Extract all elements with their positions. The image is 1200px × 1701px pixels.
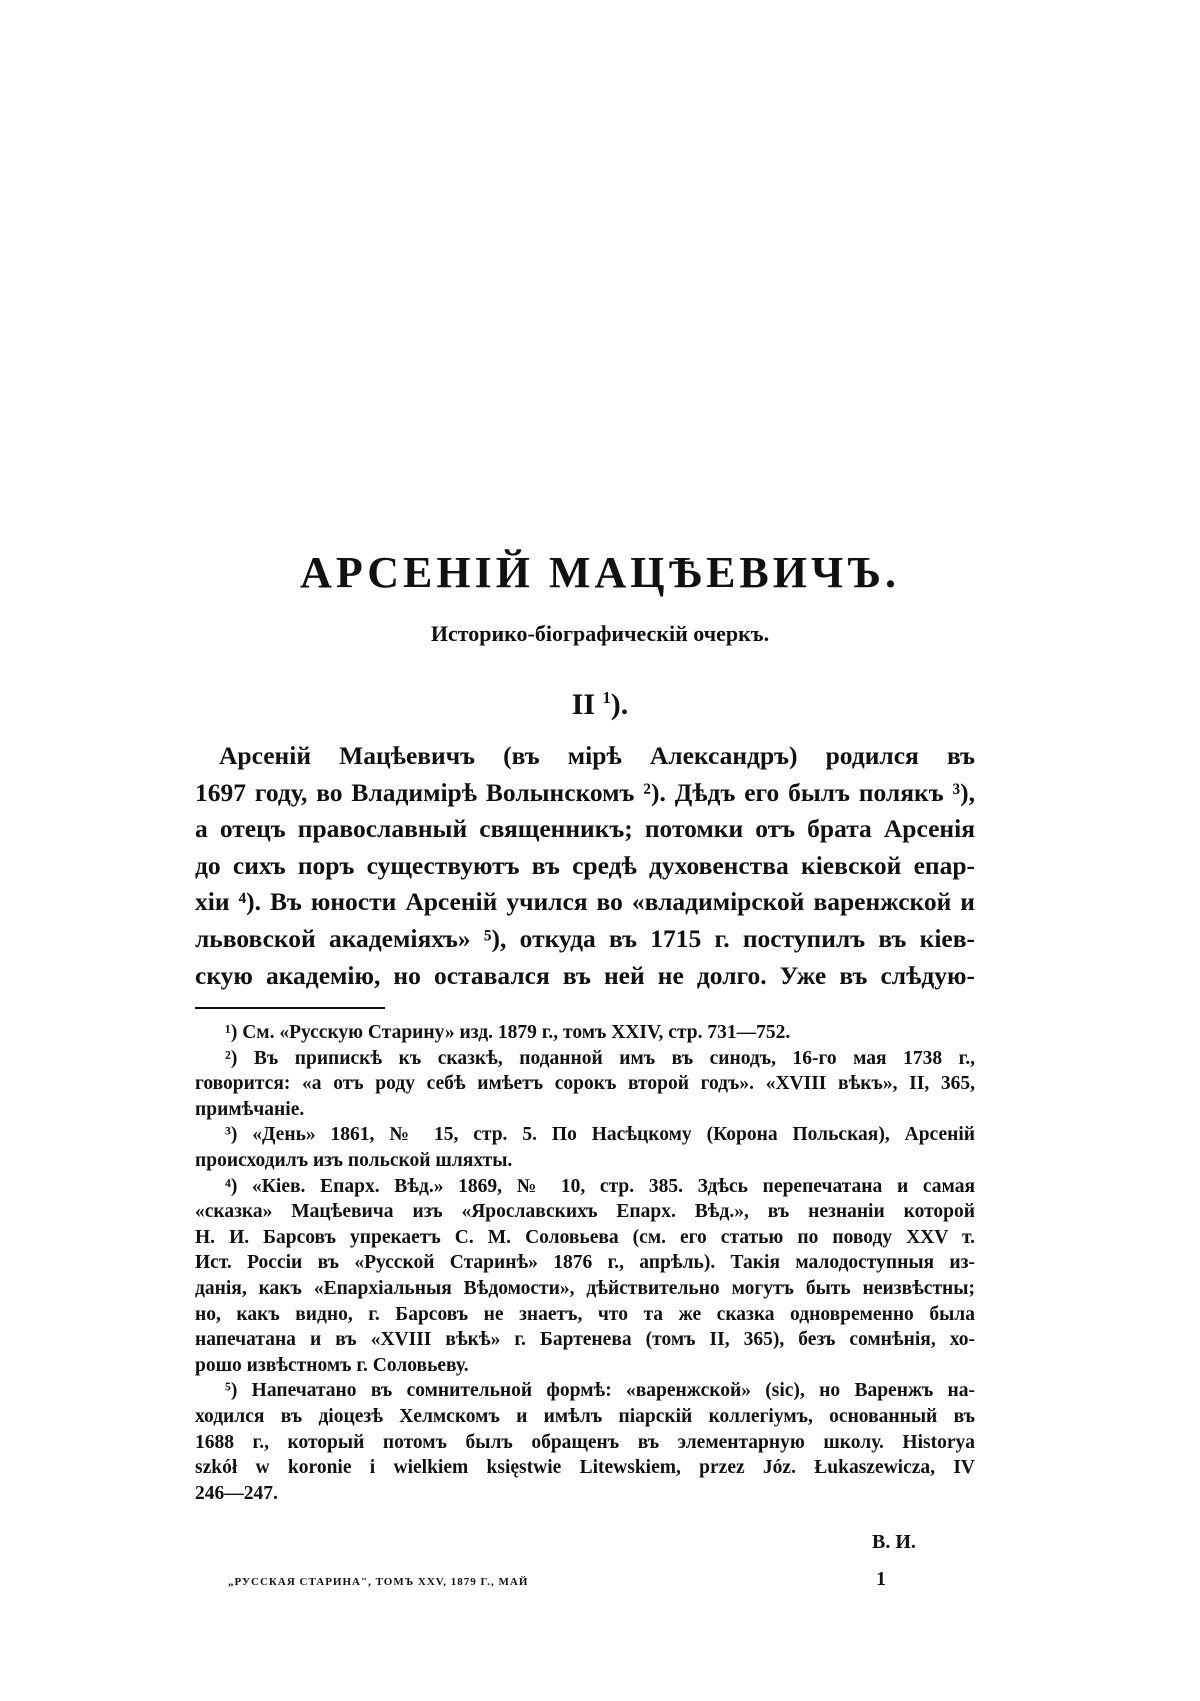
article-subtitle: Историко-біографическій очеркъ. bbox=[0, 620, 1200, 648]
part-heading: II 1). bbox=[0, 680, 1200, 723]
body-line: львовской академіяхъ» ⁵), откуда въ 1715… bbox=[195, 921, 975, 958]
footnote-line: ходился въ діоцезѣ Хелмскомъ и имѣлъ піа… bbox=[195, 1404, 975, 1430]
footnote-line: примѣчаніе. bbox=[195, 1097, 975, 1123]
footnote-line: szkół w koronie i wielkiem księstwie Lit… bbox=[195, 1455, 975, 1481]
part-number: II bbox=[572, 688, 595, 721]
footnote-1: ¹) См. «Русскую Старину» изд. 1879 г., т… bbox=[195, 1020, 975, 1046]
footnote-3: ³) «День» 1861, № 15, стр. 5. По Насѣцко… bbox=[195, 1122, 975, 1173]
footnote-ref-1[interactable]: 1 bbox=[603, 688, 611, 707]
running-footer: „РУССКАЯ СТАРИНА", ТОМЪ XXV, 1879 Г., МА… bbox=[228, 1576, 528, 1588]
footnote-line: ⁵) Напечатано въ сомнительной формѣ: «ва… bbox=[195, 1378, 975, 1404]
body-line: а отецъ православный священникъ; потомки… bbox=[195, 811, 975, 848]
footnote-line: рошо извѣстномъ г. Соловьеву. bbox=[195, 1353, 975, 1379]
page-number: 1 bbox=[876, 1568, 886, 1591]
footnote-line: «сказка» Мацѣевича изъ «Ярославскихъ Епа… bbox=[195, 1199, 975, 1225]
footnote-line: Ист. Россіи въ «Русской Старинѣ» 1876 г.… bbox=[195, 1250, 975, 1276]
footnote-line: ³) «День» 1861, № 15, стр. 5. По Насѣцко… bbox=[195, 1122, 975, 1148]
footnote-line: говорится: «а отъ роду себѣ имѣетъ сорок… bbox=[195, 1071, 975, 1097]
footnote-line: Н. И. Барсовъ упрекаетъ С. М. Соловьева … bbox=[195, 1225, 975, 1251]
footnote-line: но, какъ видно, г. Барсовъ не знаетъ, чт… bbox=[195, 1302, 975, 1328]
footnote-line: ⁴) «Кіев. Епарх. Вѣд.» 1869, № 10, стр. … bbox=[195, 1174, 975, 1200]
body-paragraph: Арсеній Мацѣевичъ (въ мірѣ Александръ) р… bbox=[195, 738, 975, 994]
footnote-5: ⁵) Напечатано въ сомнительной формѣ: «ва… bbox=[195, 1378, 975, 1506]
footnote-4: ⁴) «Кіев. Епарх. Вѣд.» 1869, № 10, стр. … bbox=[195, 1174, 975, 1379]
footnote-line: данія, какъ «Епархіальныя Вѣдомости», дѣ… bbox=[195, 1276, 975, 1302]
body-line: Арсеній Мацѣевичъ (въ мірѣ Александръ) р… bbox=[195, 738, 975, 775]
body-line: до сихъ поръ существуютъ въ средѣ духове… bbox=[195, 848, 975, 885]
footnote-line: ²) Въ припискѣ къ сказкѣ, поданной имъ в… bbox=[195, 1046, 975, 1072]
footnote-line: 1688 г., который потомъ былъ обращенъ въ… bbox=[195, 1430, 975, 1456]
body-line: скую академію, но оставался въ ней не до… bbox=[195, 958, 975, 995]
author-initials: В. И. bbox=[872, 1531, 916, 1554]
document-page: АРСЕНІЙ МАЦѢЕВИЧЪ. Историко-біографическ… bbox=[0, 0, 1200, 1701]
body-line: хіи ⁴). Въ юности Арсеній учился во «вла… bbox=[195, 884, 975, 921]
footnote-line: происходилъ изъ польской шляхты. bbox=[195, 1148, 975, 1174]
footnote-line: ¹) См. «Русскую Старину» изд. 1879 г., т… bbox=[195, 1020, 975, 1046]
footnote-2: ²) Въ припискѣ къ сказкѣ, поданной имъ в… bbox=[195, 1046, 975, 1123]
footnotes: ¹) См. «Русскую Старину» изд. 1879 г., т… bbox=[195, 1020, 975, 1506]
part-suffix: ). bbox=[611, 688, 629, 721]
body-line: 1697 году, во Владимірѣ Волынскомъ ²). Д… bbox=[195, 775, 975, 812]
footnote-divider bbox=[195, 1007, 385, 1009]
footnote-line: 246—247. bbox=[195, 1481, 975, 1507]
footnote-line: напечатана и въ «XVIII вѣкѣ» г. Бартенев… bbox=[195, 1327, 975, 1353]
article-title: АРСЕНІЙ МАЦѢЕВИЧЪ. bbox=[0, 548, 1200, 598]
